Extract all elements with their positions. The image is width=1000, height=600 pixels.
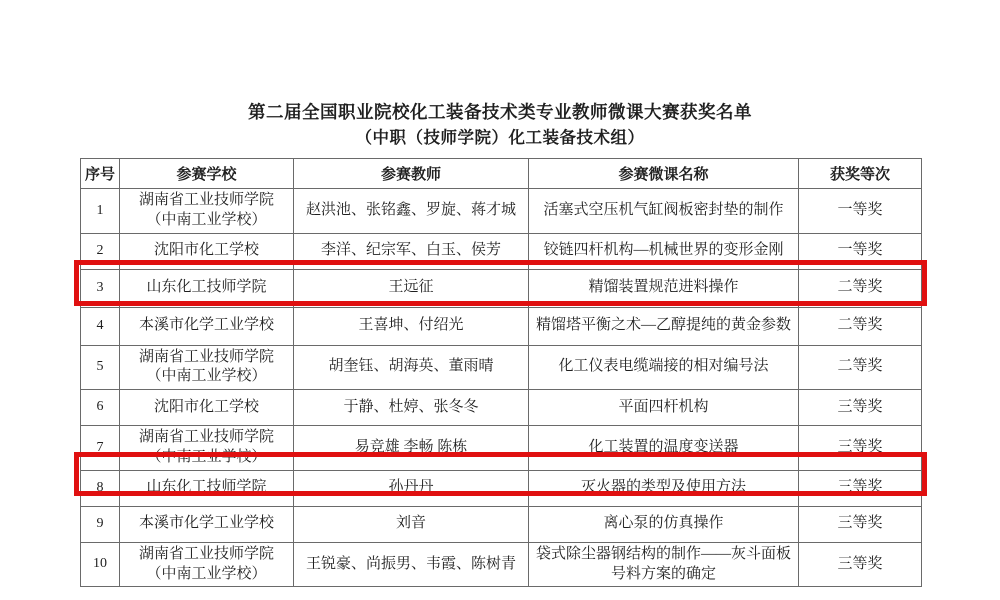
table-header-row: 序号参赛学校参赛教师参赛微课名称获奖等次 <box>81 159 922 189</box>
cell-course: 铰链四杆机构—机械世界的变形金刚 <box>529 233 799 269</box>
cell-school: 沈阳市化工学校 <box>120 390 294 426</box>
cell-school: 湖南省工业技师学院 （中南工业学校） <box>120 189 294 234</box>
document-heading: 第二届全国职业院校化工装备技术类专业教师微课大赛获奖名单 （中职（技师学院）化工… <box>0 101 1000 149</box>
cell-school: 本溪市化学工业学校 <box>120 307 294 345</box>
page-title: 第二届全国职业院校化工装备技术类专业教师微课大赛获奖名单 <box>0 101 1000 124</box>
cell-no: 1 <box>81 189 120 234</box>
cell-no: 5 <box>81 345 120 390</box>
cell-teachers: 于静、杜婷、张冬冬 <box>294 390 529 426</box>
cell-course: 化工仪表电缆端接的相对编号法 <box>529 345 799 390</box>
cell-teachers: 王锐豪、尚振男、韦霞、陈树青 <box>294 542 529 587</box>
table-row: 7湖南省工业技师学院 （中南工业学校）易竞雄 李畅 陈栋化工装置的温度变送器三等… <box>81 426 922 471</box>
cell-no: 2 <box>81 233 120 269</box>
cell-school: 山东化工技师学院 <box>120 269 294 307</box>
table-row: 6沈阳市化工学校于静、杜婷、张冬冬平面四杆机构三等奖 <box>81 390 922 426</box>
cell-no: 9 <box>81 506 120 542</box>
cell-teachers: 孙丹丹 <box>294 470 529 506</box>
cell-teachers: 王喜坤、付绍光 <box>294 307 529 345</box>
table-row: 1湖南省工业技师学院 （中南工业学校）赵洪池、张铭鑫、罗旋、蒋才城活塞式空压机气… <box>81 189 922 234</box>
cell-award: 二等奖 <box>799 307 922 345</box>
cell-award: 三等奖 <box>799 506 922 542</box>
column-header: 获奖等次 <box>799 159 922 189</box>
cell-teachers: 易竞雄 李畅 陈栋 <box>294 426 529 471</box>
cell-school: 湖南省工业技师学院 （中南工业学校） <box>120 345 294 390</box>
cell-teachers: 李洋、纪宗军、白玉、侯芳 <box>294 233 529 269</box>
cell-no: 10 <box>81 542 120 587</box>
column-header: 序号 <box>81 159 120 189</box>
cell-award: 三等奖 <box>799 470 922 506</box>
column-header: 参赛教师 <box>294 159 529 189</box>
cell-teachers: 胡奎钰、胡海英、董雨晴 <box>294 345 529 390</box>
cell-school: 山东化工技师学院 <box>120 470 294 506</box>
cell-school: 沈阳市化工学校 <box>120 233 294 269</box>
cell-award: 一等奖 <box>799 233 922 269</box>
cell-award: 三等奖 <box>799 390 922 426</box>
cell-award: 三等奖 <box>799 542 922 587</box>
cell-course: 灭火器的类型及使用方法 <box>529 470 799 506</box>
cell-course: 精馏装置规范进料操作 <box>529 269 799 307</box>
column-header: 参赛微课名称 <box>529 159 799 189</box>
cell-award: 二等奖 <box>799 345 922 390</box>
cell-course: 离心泵的仿真操作 <box>529 506 799 542</box>
cell-teachers: 刘音 <box>294 506 529 542</box>
table-row: 9本溪市化学工业学校刘音离心泵的仿真操作三等奖 <box>81 506 922 542</box>
cell-teachers: 王远征 <box>294 269 529 307</box>
cell-no: 7 <box>81 426 120 471</box>
cell-course: 平面四杆机构 <box>529 390 799 426</box>
cell-no: 3 <box>81 269 120 307</box>
table-row: 4本溪市化学工业学校王喜坤、付绍光精馏塔平衡之术—乙醇提纯的黄金参数二等奖 <box>81 307 922 345</box>
cell-no: 6 <box>81 390 120 426</box>
table-row: 10湖南省工业技师学院 （中南工业学校）王锐豪、尚振男、韦霞、陈树青袋式除尘器钢… <box>81 542 922 587</box>
table-row: 8山东化工技师学院孙丹丹灭火器的类型及使用方法三等奖 <box>81 470 922 506</box>
cell-no: 4 <box>81 307 120 345</box>
cell-award: 一等奖 <box>799 189 922 234</box>
table-row: 5湖南省工业技师学院 （中南工业学校）胡奎钰、胡海英、董雨晴化工仪表电缆端接的相… <box>81 345 922 390</box>
cell-course: 袋式除尘器钢结构的制作——灰斗面板 号料方案的确定 <box>529 542 799 587</box>
cell-award: 二等奖 <box>799 269 922 307</box>
cell-school: 湖南省工业技师学院 （中南工业学校） <box>120 426 294 471</box>
page-subtitle: （中职（技师学院）化工装备技术组） <box>0 126 1000 149</box>
cell-award: 三等奖 <box>799 426 922 471</box>
cell-course: 活塞式空压机气缸阀板密封垫的制作 <box>529 189 799 234</box>
cell-no: 8 <box>81 470 120 506</box>
table-row: 2沈阳市化工学校李洋、纪宗军、白玉、侯芳铰链四杆机构—机械世界的变形金刚一等奖 <box>81 233 922 269</box>
cell-school: 湖南省工业技师学院 （中南工业学校） <box>120 542 294 587</box>
cell-course: 精馏塔平衡之术—乙醇提纯的黄金参数 <box>529 307 799 345</box>
cell-school: 本溪市化学工业学校 <box>120 506 294 542</box>
table-row: 3山东化工技师学院王远征精馏装置规范进料操作二等奖 <box>81 269 922 307</box>
cell-teachers: 赵洪池、张铭鑫、罗旋、蒋才城 <box>294 189 529 234</box>
column-header: 参赛学校 <box>120 159 294 189</box>
cell-course: 化工装置的温度变送器 <box>529 426 799 471</box>
award-table: 序号参赛学校参赛教师参赛微课名称获奖等次 1湖南省工业技师学院 （中南工业学校）… <box>80 158 922 587</box>
